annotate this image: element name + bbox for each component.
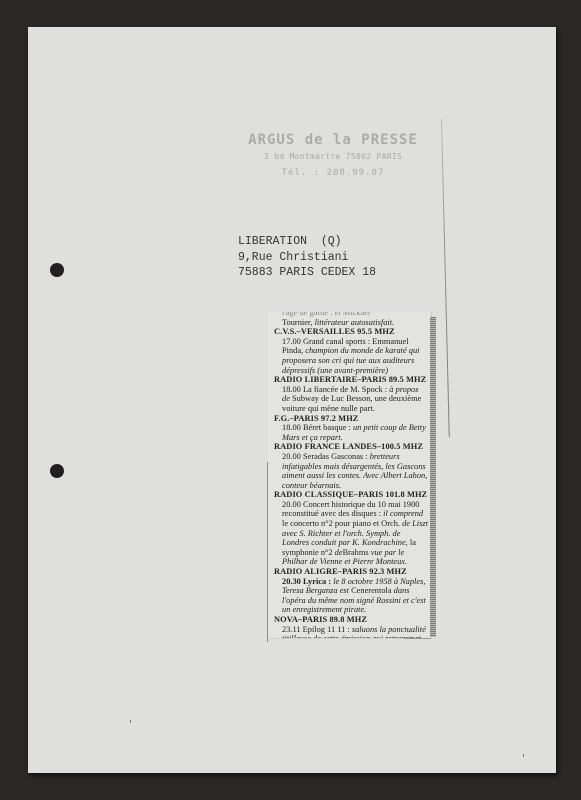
station-heading: RADIO CLASSIQUE–PARIS 101.8 MHZ bbox=[274, 490, 428, 500]
program-listing: 20.30 Lyrica : le 8 octobre 1958 à Naple… bbox=[274, 577, 428, 615]
clipping-text: l'âge de garde : et Mickaël Tournier, li… bbox=[274, 312, 428, 639]
address-line-3: 75883 PARIS CEDEX 18 bbox=[238, 265, 376, 281]
program-time: 23.11 bbox=[282, 625, 301, 634]
column-rule bbox=[430, 317, 436, 637]
clipping-intro-tail: Tournier, littérateur autosatisfait. bbox=[274, 318, 428, 328]
stamp-agency-name: ARGUS de la PRESSE bbox=[233, 132, 433, 148]
program-time: 20.00 bbox=[282, 500, 301, 509]
program-time: 18.00 bbox=[282, 385, 301, 394]
station-heading: NOVA–PARIS 89.8 MHZ bbox=[274, 615, 428, 625]
text-plain: Tournier, bbox=[282, 318, 315, 327]
text-plain: Cenerentola bbox=[349, 586, 394, 595]
station-heading: RADIO FRANCE LANDES–100.5 MHZ bbox=[274, 442, 428, 452]
text-plain: La fiancée de M. Spock : bbox=[301, 385, 389, 394]
station-heading: C.V.S.–VERSAILLES 95.5 MHZ bbox=[274, 327, 428, 337]
program-listing: 23.11 Epilog 11 11 : saluons la ponctual… bbox=[274, 625, 428, 639]
text-italic: de bbox=[335, 548, 343, 557]
program-listing: 20.00 Seradas Gasconas : bretteurs infat… bbox=[274, 452, 428, 490]
program-time: 18.00 bbox=[282, 423, 301, 432]
text-italic: littérateur autosatisfait. bbox=[315, 318, 395, 327]
paper-speck bbox=[130, 720, 131, 723]
program-time: 20.30 bbox=[282, 577, 301, 586]
press-agency-stamp: ARGUS de la PRESSE 3 bd Montmartre 75002… bbox=[233, 132, 433, 178]
clipping-cut-line: l'âge de garde : et Mickaël bbox=[274, 312, 428, 318]
text-italic: il comprend bbox=[383, 509, 423, 518]
scanned-page: ARGUS de la PRESSE 3 bd Montmartre 75002… bbox=[28, 27, 556, 773]
text-plain: Brahms bbox=[343, 548, 371, 557]
stamp-address: 3 bd Montmartre 75002 PARIS bbox=[233, 152, 433, 161]
program-listing: 18.00 La fiancée de M. Spock : à propos … bbox=[274, 385, 428, 414]
text-plain: Béret basque : bbox=[301, 423, 353, 432]
address-line-1: LIBERATION (Q) bbox=[238, 234, 376, 250]
text-plain: le concerto n°2 pour piano et Orch. bbox=[282, 519, 402, 528]
paper-speck bbox=[523, 754, 524, 757]
punch-hole-top bbox=[50, 263, 64, 277]
pencil-margin-line bbox=[441, 119, 450, 437]
program-listing: 18.00 Béret basque : un petit coup de Be… bbox=[274, 423, 428, 442]
station-heading: RADIO ALIGRE–PARIS 92.3 MHZ bbox=[274, 567, 428, 577]
program-listing: 17.00 Grand canal sports : Emmanuel Pind… bbox=[274, 337, 428, 375]
program-time: 17.00 bbox=[282, 337, 301, 346]
newspaper-clipping: l'âge de garde : et Mickaël Tournier, li… bbox=[268, 312, 432, 639]
text-plain: Seradas Gasconas : bbox=[301, 452, 370, 461]
punch-hole-bottom bbox=[50, 464, 64, 478]
address-line-2: 9,Rue Christiani bbox=[238, 250, 376, 266]
publication-address: LIBERATION (Q) 9,Rue Christiani 75883 PA… bbox=[238, 234, 376, 281]
program-listing: 20.00 Concert historique du 10 mai 1900 … bbox=[274, 500, 428, 567]
text-plain: Epilog 11 11 : bbox=[301, 625, 352, 634]
stamp-phone: Tél. : 208.99.07 bbox=[233, 168, 433, 178]
station-heading: RADIO LIBERTAIRE–PARIS 89.5 MHZ bbox=[274, 375, 428, 385]
program-title: Lyrica : bbox=[301, 577, 333, 586]
text-plain: Subway de Luc Besson, une deuxième voitu… bbox=[282, 394, 421, 413]
clipping-bottom-rule bbox=[404, 638, 431, 639]
program-time: 20.00 bbox=[282, 452, 301, 461]
station-heading: F.G.–PARIS 97.2 MHZ bbox=[274, 414, 428, 424]
